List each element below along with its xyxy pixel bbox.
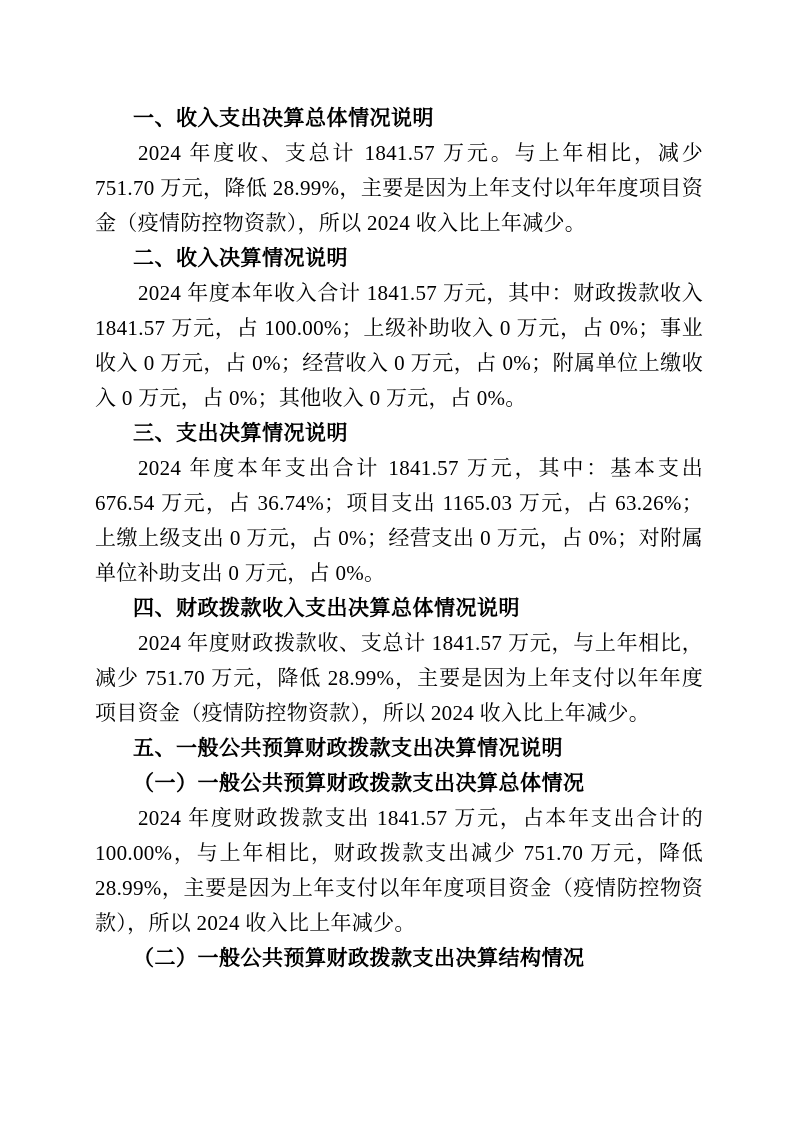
section-3-paragraph: 2024 年度本年支出合计 1841.57 万元，其中：基本支出 676.54 … xyxy=(95,451,703,591)
section-2-heading: 二、收入决算情况说明 xyxy=(95,241,703,276)
section-5-subsection-1-paragraph: 2024 年度财政拨款支出 1841.57 万元，占本年支出合计的 100.00… xyxy=(95,801,703,941)
document-page: 一、收入支出决算总体情况说明 2024 年度收、支总计 1841.57 万元。与… xyxy=(0,0,793,1122)
section-2-paragraph: 2024 年度本年收入合计 1841.57 万元，其中：财政拨款收入 1841.… xyxy=(95,276,703,416)
section-5-subsection-1-heading: （一）一般公共预算财政拨款支出决算总体情况 xyxy=(95,766,703,801)
section-5-subsection-2-heading: （二）一般公共预算财政拨款支出决算结构情况 xyxy=(95,941,703,976)
section-1-heading: 一、收入支出决算总体情况说明 xyxy=(95,101,703,136)
section-1-paragraph: 2024 年度收、支总计 1841.57 万元。与上年相比，减少 751.70 … xyxy=(95,136,703,241)
section-4-paragraph: 2024 年度财政拨款收、支总计 1841.57 万元，与上年相比，减少 751… xyxy=(95,626,703,731)
section-3-heading: 三、支出决算情况说明 xyxy=(95,416,703,451)
section-4-heading: 四、财政拨款收入支出决算总体情况说明 xyxy=(95,591,703,626)
section-5-heading: 五、一般公共预算财政拨款支出决算情况说明 xyxy=(95,731,703,766)
